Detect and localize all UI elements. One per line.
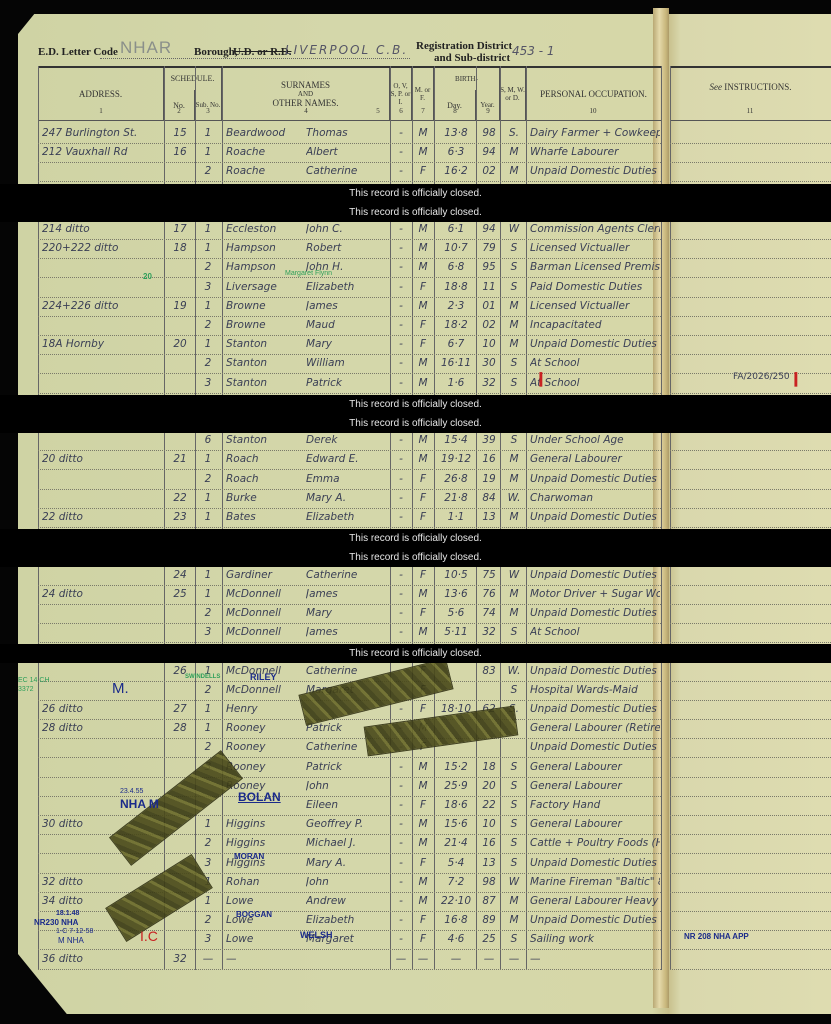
cell-addr: 220+222 ditto [42, 242, 162, 254]
column-number: 9 [478, 107, 498, 115]
cell-smwd: S [504, 799, 524, 811]
cell-year: 25 [479, 933, 499, 945]
cell-given: Patrick [306, 377, 388, 389]
cell-ov: - [393, 223, 409, 235]
cell-occ: At School [530, 377, 660, 389]
cell-addr: 26 ditto [42, 703, 162, 715]
cell-smwd: W [504, 223, 524, 235]
cell-sub: 3 [198, 857, 218, 869]
cell-year: 83 [479, 665, 499, 677]
cell-ov: - [393, 242, 409, 254]
cell-occ: At School [530, 626, 660, 638]
instructions-cell [670, 125, 831, 144]
instructions-cell [670, 682, 831, 701]
cell-smwd: M [504, 165, 524, 177]
cell-sub: — [198, 953, 218, 965]
cell-surname: — [226, 953, 308, 965]
cell-ov: - [393, 300, 409, 312]
cell-sub: 1 [198, 895, 218, 907]
cell-mf: F [415, 492, 431, 504]
cell-smwd: M [504, 895, 524, 907]
cell-given: Mary A. [306, 857, 388, 869]
cell-mf: F [415, 319, 431, 331]
census-row: 221BurkeMary A.-F21·884W.Charwoman [38, 490, 661, 509]
cell-surname: Higgins [226, 837, 308, 849]
cell-year: 13 [479, 857, 499, 869]
annotation-ec-code: EC 14 CH 3372 [18, 676, 58, 694]
cell-given: John [306, 780, 388, 792]
annotation-bolan: BOLAN [238, 790, 281, 804]
census-row: 2RoachEmma-F26·819MUnpaid Domestic Dutie… [38, 471, 661, 490]
column-headings: ADDRESS. SCHEDULE. No. Sub. No. SURNAMES… [38, 66, 661, 121]
cell-sub: 3 [198, 933, 218, 945]
cell-mf: F [415, 165, 431, 177]
cell-ov: — [393, 953, 409, 965]
instructions-cell [670, 490, 831, 509]
cell-year: 94 [479, 146, 499, 158]
census-row: 214 ditto171EcclestonJohn C.-M6·194WComm… [38, 221, 661, 240]
cell-surname: Gardiner [226, 569, 308, 581]
cell-smwd: M [504, 473, 524, 485]
cell-year: 16 [479, 837, 499, 849]
cell-day: 15·4 [438, 434, 474, 446]
cell-surname: Rohan [226, 876, 308, 888]
cell-ov: - [393, 895, 409, 907]
cell-smwd: — [504, 953, 524, 965]
cell-day: 16·2 [438, 165, 474, 177]
cell-surname: Burke [226, 492, 308, 504]
cell-occ: Unpaid Domestic Duties [530, 473, 660, 485]
cell-occ: Factory Hand [530, 799, 660, 811]
census-row: 18A Hornby201StantonMary-F6·710MUnpaid D… [38, 336, 661, 355]
cell-occ: Cattle + Poultry Foods (Hand Pitt) [530, 837, 660, 849]
instructions-cell [670, 663, 831, 682]
census-row: 3StantonPatrick-M1·632SAt School [38, 375, 661, 394]
cell-occ: Unpaid Domestic Duties [530, 569, 660, 581]
cell-sub: 2 [198, 741, 218, 753]
cell-surname: Roach [226, 453, 308, 465]
cell-occ: Charwoman [530, 492, 660, 504]
cell-surname: McDonnell [226, 607, 308, 619]
cell-ov: - [393, 799, 409, 811]
cell-addr: 214 ditto [42, 223, 162, 235]
cell-year: 32 [479, 626, 499, 638]
cell-occ: Incapacitated [530, 319, 660, 331]
cell-no: 17 [168, 223, 192, 235]
column-number: 2 [169, 107, 189, 115]
cell-smwd: M [504, 511, 524, 523]
instructions-cell [670, 605, 831, 624]
column-number: 5 [368, 107, 388, 115]
cell-no: 23 [168, 511, 192, 523]
cell-ov: - [393, 837, 409, 849]
cell-occ: Unpaid Domestic Duties [530, 165, 660, 177]
cell-sub: 2 [198, 319, 218, 331]
cell-no: 22 [168, 492, 192, 504]
column-number: 3 [198, 107, 218, 115]
cell-day: 10·5 [438, 569, 474, 581]
cell-sub: 1 [198, 338, 218, 350]
cell-year: 98 [479, 127, 499, 139]
cell-sub: 1 [198, 242, 218, 254]
cell-day: 25·9 [438, 780, 474, 792]
cell-occ: General Labourer [530, 453, 660, 465]
cell-smwd: M [504, 300, 524, 312]
cell-year: 76 [479, 588, 499, 600]
cell-given: William [306, 357, 388, 369]
cell-mf: F [415, 607, 431, 619]
cell-sub: 1 [198, 588, 218, 600]
cell-given: Elizabeth [306, 281, 388, 293]
cell-day: 26·8 [438, 473, 474, 485]
cell-surname: Lowe [226, 933, 308, 945]
cell-ov: - [393, 933, 409, 945]
cell-surname: Stanton [226, 434, 308, 446]
cell-smwd: M [504, 914, 524, 926]
cell-sub: 1 [198, 453, 218, 465]
cell-sub: 2 [198, 261, 218, 273]
cell-sub: 1 [198, 703, 218, 715]
cell-given: Catherine [306, 165, 388, 177]
cell-addr: 28 ditto [42, 722, 162, 734]
cell-ov: - [393, 127, 409, 139]
cell-surname: McDonnell [226, 588, 308, 600]
cell-ov: - [393, 357, 409, 369]
cell-given: Derek [306, 434, 388, 446]
cell-occ: General Labourer Heavy Work [530, 895, 660, 907]
annotation-reference: FA/2026/250 [733, 372, 790, 382]
cell-given: Emma [306, 473, 388, 485]
cell-sub: 1 [198, 569, 218, 581]
cell-year: 02 [479, 319, 499, 331]
cell-mf: M [415, 223, 431, 235]
column-number: 11 [740, 107, 760, 115]
census-row: 2RooneyCatherine-FUnpaid Domestic Duties [38, 739, 661, 758]
cell-year: 95 [479, 261, 499, 273]
cell-day: 1·6 [438, 377, 474, 389]
cell-sub: 3 [198, 281, 218, 293]
cell-year: 10 [479, 818, 499, 830]
col-schedule-sub: Sub. No. [195, 90, 222, 120]
cell-smwd: S [504, 377, 524, 389]
cell-given: Geoffrey P. [306, 818, 388, 830]
cell-mf: F [415, 799, 431, 811]
cell-given: Elizabeth [306, 511, 388, 523]
cell-ov: - [393, 473, 409, 485]
cell-occ: Unpaid Domestic Duties [530, 665, 660, 677]
cell-given: Eileen [306, 799, 388, 811]
cell-given: James [306, 626, 388, 638]
closed-record-banner: This record is officially closed. [0, 203, 831, 222]
cell-surname: Beardwood [226, 127, 308, 139]
instructions-cell [670, 221, 831, 240]
cell-surname: Henry [226, 703, 308, 715]
cell-day: 5·11 [438, 626, 474, 638]
cell-no: 16 [168, 146, 192, 158]
cell-year: 39 [479, 434, 499, 446]
cell-ov: - [393, 146, 409, 158]
cell-smwd: M [504, 319, 524, 331]
census-row: 2BrowneMaud-F18·202MIncapacitated [38, 317, 661, 336]
cell-mf: F [415, 473, 431, 485]
cell-given: Maud [306, 319, 388, 331]
cell-given: Michael J. [306, 837, 388, 849]
census-row: 28 ditto281RooneyPatrick-MGeneral Labour… [38, 720, 661, 739]
cell-occ: Licensed Victualler [530, 300, 660, 312]
cell-ov: - [393, 492, 409, 504]
cell-given: James [306, 588, 388, 600]
cell-smwd: S [504, 857, 524, 869]
cell-addr: 20 ditto [42, 453, 162, 465]
cell-surname: Lowe [226, 895, 308, 907]
cell-occ: Unpaid Domestic Duties [530, 857, 660, 869]
cell-mf: F [415, 703, 431, 715]
reg-district-label: Registration District [416, 40, 512, 52]
cell-day: 19·12 [438, 453, 474, 465]
cell-year: 84 [479, 492, 499, 504]
cell-ov: - [393, 453, 409, 465]
annotation-m: M. [112, 680, 129, 697]
annotation-moran: MORAN [234, 852, 264, 861]
cell-occ: Commission Agents Clerk [530, 223, 660, 235]
red-bracket-mark: ❙ [535, 370, 547, 387]
cell-mf: M [415, 837, 431, 849]
instructions-cell [670, 336, 831, 355]
annotation-nr230: NR230 NHA [34, 918, 78, 927]
cell-occ: Unpaid Domestic Duties [530, 741, 660, 753]
cell-day: 13·8 [438, 127, 474, 139]
cell-year: 18 [479, 761, 499, 773]
cell-sub: 1 [198, 223, 218, 235]
instructions-cell [670, 317, 831, 336]
instructions-cell [670, 951, 831, 970]
instructions-cell [670, 259, 831, 278]
cell-smwd: S [504, 780, 524, 792]
cell-occ: Unpaid Domestic Duties [530, 914, 660, 926]
instructions-cell [670, 451, 831, 470]
cell-mf: F [415, 914, 431, 926]
cell-ov: - [393, 626, 409, 638]
cell-occ: Under School Age [530, 434, 660, 446]
ed-letter-code-label: E.D. Letter Code [38, 46, 118, 58]
annotation-ic-red: I.C [140, 928, 158, 944]
instructions-cell [670, 778, 831, 797]
annotation-swindells: SWINDELLS [185, 674, 220, 680]
cell-year: 98 [479, 876, 499, 888]
cell-mf: M [415, 261, 431, 273]
borough-struck-text: U.D. or R.D. [233, 46, 291, 58]
cell-occ: — [530, 953, 660, 965]
cell-ov: - [393, 703, 409, 715]
cell-mf: M [415, 453, 431, 465]
cell-smwd: M [504, 338, 524, 350]
cell-mf: F [415, 338, 431, 350]
cell-occ: Unpaid Domestic Duties [530, 607, 660, 619]
cell-day: 18·8 [438, 281, 474, 293]
instructions-cell [670, 509, 831, 528]
census-row: 2McDonnellMary-F5·674MUnpaid Domestic Du… [38, 605, 661, 624]
cell-surname: Stanton [226, 377, 308, 389]
cell-day: 5·6 [438, 607, 474, 619]
cell-day: 15·2 [438, 761, 474, 773]
cell-surname: Higgins [226, 818, 308, 830]
col-birth: BIRTH- [434, 68, 500, 90]
instructions-cell [670, 240, 831, 259]
cell-year: 87 [479, 895, 499, 907]
closed-record-banner: This record is officially closed. [0, 414, 831, 433]
cell-sub: 2 [198, 837, 218, 849]
cell-year: 01 [479, 300, 499, 312]
cell-ov: - [393, 511, 409, 523]
cell-day: 18·6 [438, 799, 474, 811]
cell-year: 89 [479, 914, 499, 926]
instructions-cell [670, 874, 831, 893]
cell-sub: 1 [198, 146, 218, 158]
column-number: 8 [445, 107, 465, 115]
cell-mf: — [415, 953, 431, 965]
cell-day: 1·1 [438, 511, 474, 523]
cell-sub: 1 [198, 127, 218, 139]
census-row: 2StantonWilliam-M16·1130SAt School [38, 355, 661, 374]
cell-given: John C. [306, 223, 388, 235]
cell-smwd: S [504, 684, 524, 696]
cell-occ: Unpaid Domestic Duties [530, 338, 660, 350]
instructions-cell [670, 471, 831, 490]
column-number: 7 [413, 107, 433, 115]
census-row: 3McDonnellJames-M5·1132SAt School [38, 624, 661, 643]
cell-occ: At School [530, 357, 660, 369]
closed-record-banner: This record is officially closed. [0, 395, 831, 414]
cell-no: 32 [168, 953, 192, 965]
annotation-ic-date: 1-C 7-12-58 [56, 928, 93, 935]
annotation-margaret-flynn: Margaret Flynn [285, 270, 332, 277]
census-row: 24 ditto251McDonnellJames-M13·676MMotor … [38, 586, 661, 605]
cell-sub: 2 [198, 357, 218, 369]
cell-given: Robert [306, 242, 388, 254]
cell-year: 75 [479, 569, 499, 581]
cell-smwd: S [504, 261, 524, 273]
cell-smwd: S [504, 626, 524, 638]
cell-sub: 3 [198, 377, 218, 389]
cell-ov: - [393, 377, 409, 389]
cell-given: Edward E. [306, 453, 388, 465]
instructions-cell [670, 298, 831, 317]
cell-ov: - [393, 876, 409, 888]
annotation-green-number: 20 [143, 272, 152, 281]
census-row: 212 Vauxhall Rd161RoacheAlbert-M6·394MWh… [38, 144, 661, 163]
instructions-cell [670, 739, 831, 758]
cell-no: 27 [168, 703, 192, 715]
cell-occ: Sailing work [530, 933, 660, 945]
cell-smwd: S [504, 434, 524, 446]
cell-smwd: M [504, 453, 524, 465]
cell-occ: General Labourer [530, 780, 660, 792]
cell-day: 6·8 [438, 261, 474, 273]
cell-given: Catherine [306, 569, 388, 581]
col-birth-day: Day. [434, 90, 476, 120]
cell-sub: 1 [198, 492, 218, 504]
cell-surname: Roach [226, 473, 308, 485]
cell-occ: Marine Fireman "Baltic" 8·2·32·D.B. [530, 876, 660, 888]
census-row: 261McDonnellCatherine-F83W.Unpaid Domest… [38, 663, 661, 682]
instructions-cell [670, 279, 831, 298]
cell-smwd: W [504, 876, 524, 888]
cell-mf: M [415, 876, 431, 888]
cell-occ: Barman Licensed Premises [530, 261, 660, 273]
column-number: 4 [296, 107, 316, 115]
cell-year: 02 [479, 165, 499, 177]
instructions-cell [670, 432, 831, 451]
cell-year: 10 [479, 338, 499, 350]
sub-district-label: and Sub-district [434, 52, 510, 64]
census-row: 2HampsonJohn H.-M6·895SBarman Licensed P… [38, 259, 661, 278]
cell-addr: 18A Hornby [42, 338, 162, 350]
census-row: 36 ditto32———————— [38, 951, 661, 970]
instructions-cell [670, 567, 831, 586]
col-schedule-no: No. [164, 90, 195, 120]
cell-given: James [306, 300, 388, 312]
cell-smwd: S [504, 242, 524, 254]
cell-ov: - [393, 165, 409, 177]
cell-given: Elizabeth [306, 914, 388, 926]
cell-sub: 2 [198, 684, 218, 696]
cell-given: John [306, 876, 388, 888]
cell-occ: Licensed Victualler [530, 242, 660, 254]
cell-mf: M [415, 434, 431, 446]
cell-sub: 1 [198, 511, 218, 523]
cell-addr: 247 Burlington St. [42, 127, 162, 139]
cell-no: 15 [168, 127, 192, 139]
cell-day: 2·3 [438, 300, 474, 312]
cell-given: Thomas [306, 127, 388, 139]
cell-no: 28 [168, 722, 192, 734]
borough-value: LIVERPOOL C.B. [285, 43, 408, 57]
annotation-m-nha: M NHA [58, 936, 84, 945]
instructions-cell [670, 586, 831, 605]
census-row: 241GardinerCatherine-F10·575WUnpaid Dome… [38, 567, 661, 586]
cell-ov: - [393, 761, 409, 773]
cell-mf: F [415, 933, 431, 945]
census-row: 22 ditto231BatesElizabeth-F1·113MUnpaid … [38, 509, 661, 528]
cell-surname: Hampson [226, 242, 308, 254]
cell-day: 5·4 [438, 857, 474, 869]
cell-ov: - [393, 569, 409, 581]
cell-surname: Browne [226, 300, 308, 312]
cell-mf: M [415, 895, 431, 907]
cell-smwd: S [504, 761, 524, 773]
ed-letter-code-value: NHAR [120, 38, 172, 58]
census-row: 6StantonDerek-M15·439SUnder School Age [38, 432, 661, 451]
census-row: 32 ditto1RohanJohn-M7·298WMarine Fireman… [38, 874, 661, 893]
cell-day: 10·7 [438, 242, 474, 254]
cell-surname: Browne [226, 319, 308, 331]
cell-year: 79 [479, 242, 499, 254]
annotation-date-2: 18.1.48 [56, 910, 79, 917]
cell-sub: 1 [198, 818, 218, 830]
census-row: 247 Burlington St.151BeardwoodThomas-M13… [38, 125, 661, 144]
cell-mf: F [415, 857, 431, 869]
cell-year: 32 [479, 377, 499, 389]
cell-ov: - [393, 818, 409, 830]
cell-day: 15·6 [438, 818, 474, 830]
cell-no: 19 [168, 300, 192, 312]
cell-ov: - [393, 338, 409, 350]
cell-surname: Liversage [226, 281, 308, 293]
cell-mf: M [415, 626, 431, 638]
instructions-cell [670, 893, 831, 912]
cell-given: Andrew [306, 895, 388, 907]
cell-given: Mary [306, 338, 388, 350]
